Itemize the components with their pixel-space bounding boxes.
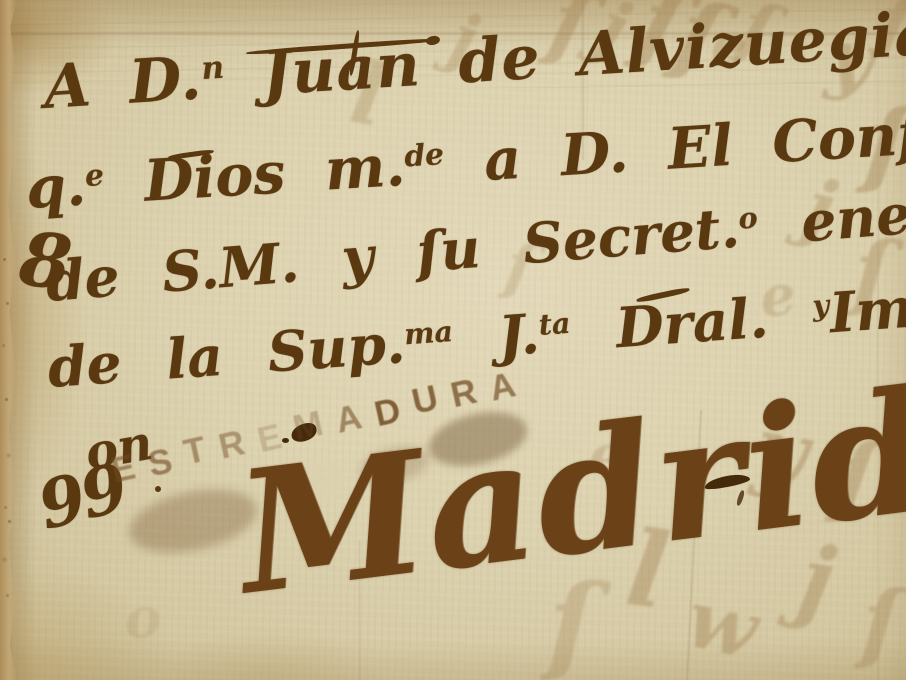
- honorific-superscript: n: [200, 50, 225, 87]
- junta-superscript: ta: [537, 306, 571, 342]
- junta-abbrev: J.: [496, 301, 541, 369]
- addressee-honorific: A D.: [42, 43, 204, 123]
- secretary-superscript: o: [737, 200, 759, 235]
- abbrev-que-superscript: e: [84, 157, 105, 193]
- show-through-mark: o: [121, 588, 164, 648]
- letter-cover-photo: ſjſſeſyſſjſeljſyſlwjſſeo A D.n Juan de A…: [0, 0, 906, 680]
- abbrev-que: q.: [24, 151, 88, 222]
- blessing-superscript: de: [403, 136, 445, 173]
- general-abbrev: Dral.: [614, 285, 771, 360]
- enel-word: enel: [799, 179, 906, 254]
- show-through-mark: ſ: [859, 577, 903, 667]
- ink-dot: [155, 486, 161, 492]
- suprema-superscript: ma: [403, 314, 454, 351]
- inquisicion-abbrev: Im: [827, 275, 906, 346]
- edge-speckles: [3, 258, 6, 261]
